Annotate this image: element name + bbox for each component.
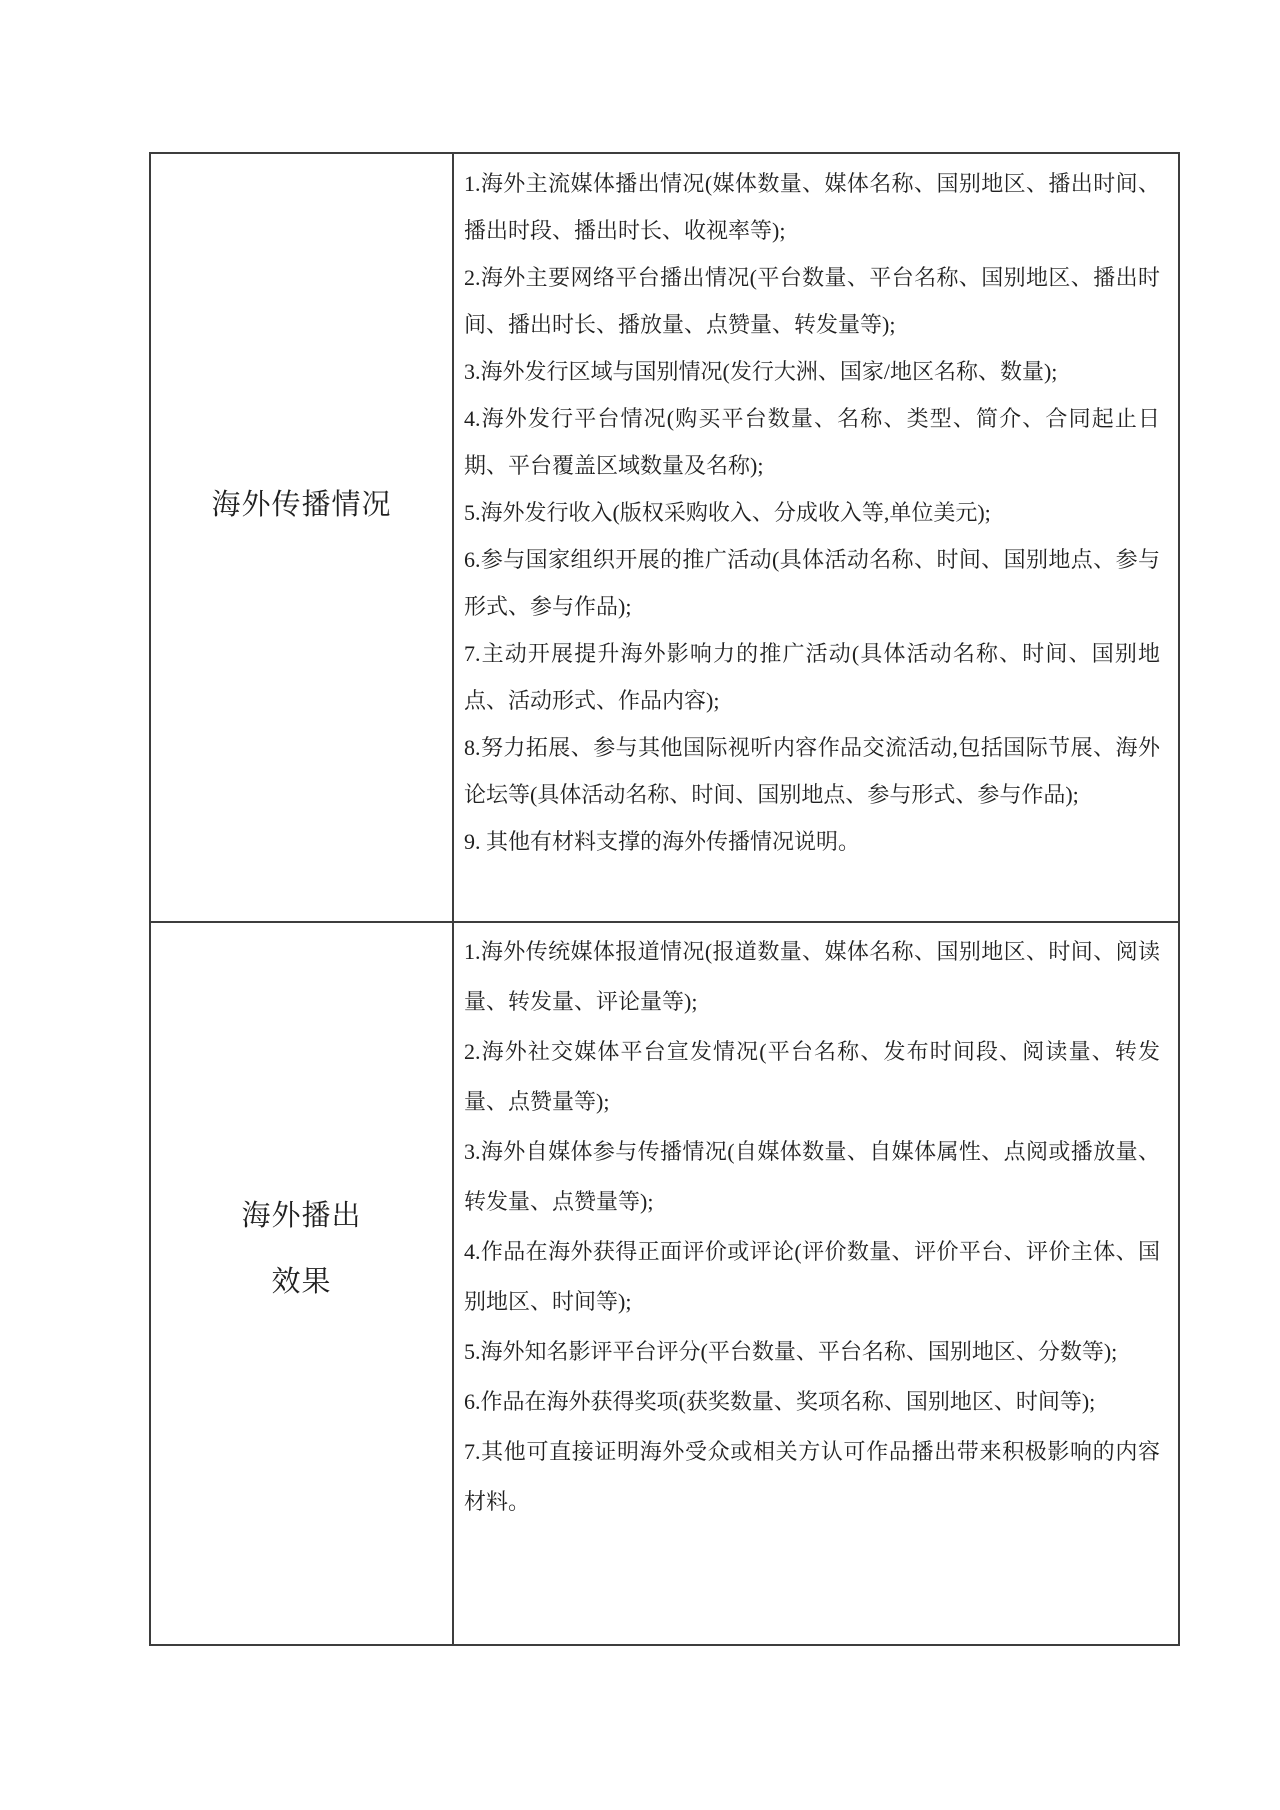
list-item: 7.其他可直接证明海外受众或相关方认可作品播出带来积极影响的内容材料。 — [464, 1427, 1160, 1527]
list-item: 7.主动开展提升海外影响力的推广活动(具体活动名称、时间、国别地点、活动形式、作… — [464, 630, 1160, 724]
list-item: 4.海外发行平台情况(购买平台数量、名称、类型、简介、合同起止日期、平台覆盖区域… — [464, 395, 1160, 489]
list-item: 2.海外主要网络平台播出情况(平台数量、平台名称、国别地区、播出时间、播出时长、… — [464, 254, 1160, 348]
list-item: 8.努力拓展、参与其他国际视听内容作品交流活动,包括国际节展、海外论坛等(具体活… — [464, 724, 1160, 818]
list-item: 1.海外传统媒体报道情况(报道数量、媒体名称、国别地区、时间、阅读量、转发量、评… — [464, 927, 1160, 1027]
list-item: 5.海外发行收入(版权采购收入、分成收入等,单位美元); — [464, 489, 1160, 536]
list-item: 6.参与国家组织开展的推广活动(具体活动名称、时间、国别地点、参与形式、参与作品… — [464, 536, 1160, 630]
row2-label-cell: 海外播出 效果 — [151, 923, 454, 1644]
row2-label-line1: 海外播出 — [241, 1183, 361, 1249]
row2-content-cell: 1.海外传统媒体报道情况(报道数量、媒体名称、国别地区、时间、阅读量、转发量、评… — [454, 923, 1178, 1644]
list-item: 1.海外主流媒体播出情况(媒体数量、媒体名称、国别地区、播出时间、播出时段、播出… — [464, 160, 1160, 254]
list-item: 3.海外自媒体参与传播情况(自媒体数量、自媒体属性、点阅或播放量、转发量、点赞量… — [464, 1127, 1160, 1227]
list-item: 5.海外知名影评平台评分(平台数量、平台名称、国别地区、分数等); — [464, 1327, 1160, 1377]
document-page: 海外传播情况 1.海外主流媒体播出情况(媒体数量、媒体名称、国别地区、播出时间、… — [0, 0, 1280, 1810]
list-item: 6.作品在海外获得奖项(获奖数量、奖项名称、国别地区、时间等); — [464, 1377, 1160, 1427]
list-item: 3.海外发行区域与国别情况(发行大洲、国家/地区名称、数量); — [464, 348, 1160, 395]
row2-label-line2: 效果 — [271, 1249, 331, 1315]
row1-label-cell: 海外传播情况 — [151, 154, 454, 923]
row1-content-cell: 1.海外主流媒体播出情况(媒体数量、媒体名称、国别地区、播出时间、播出时段、播出… — [454, 154, 1178, 923]
list-item: 2.海外社交媒体平台宣发情况(平台名称、发布时间段、阅读量、转发量、点赞量等); — [464, 1027, 1160, 1127]
overseas-broadcast-table: 海外传播情况 1.海外主流媒体播出情况(媒体数量、媒体名称、国别地区、播出时间、… — [149, 152, 1180, 1646]
list-item: 9. 其他有材料支撑的海外传播情况说明。 — [464, 818, 1160, 865]
row1-label: 海外传播情况 — [211, 472, 391, 538]
list-item: 4.作品在海外获得正面评价或评论(评价数量、评价平台、评价主体、国别地区、时间等… — [464, 1227, 1160, 1327]
